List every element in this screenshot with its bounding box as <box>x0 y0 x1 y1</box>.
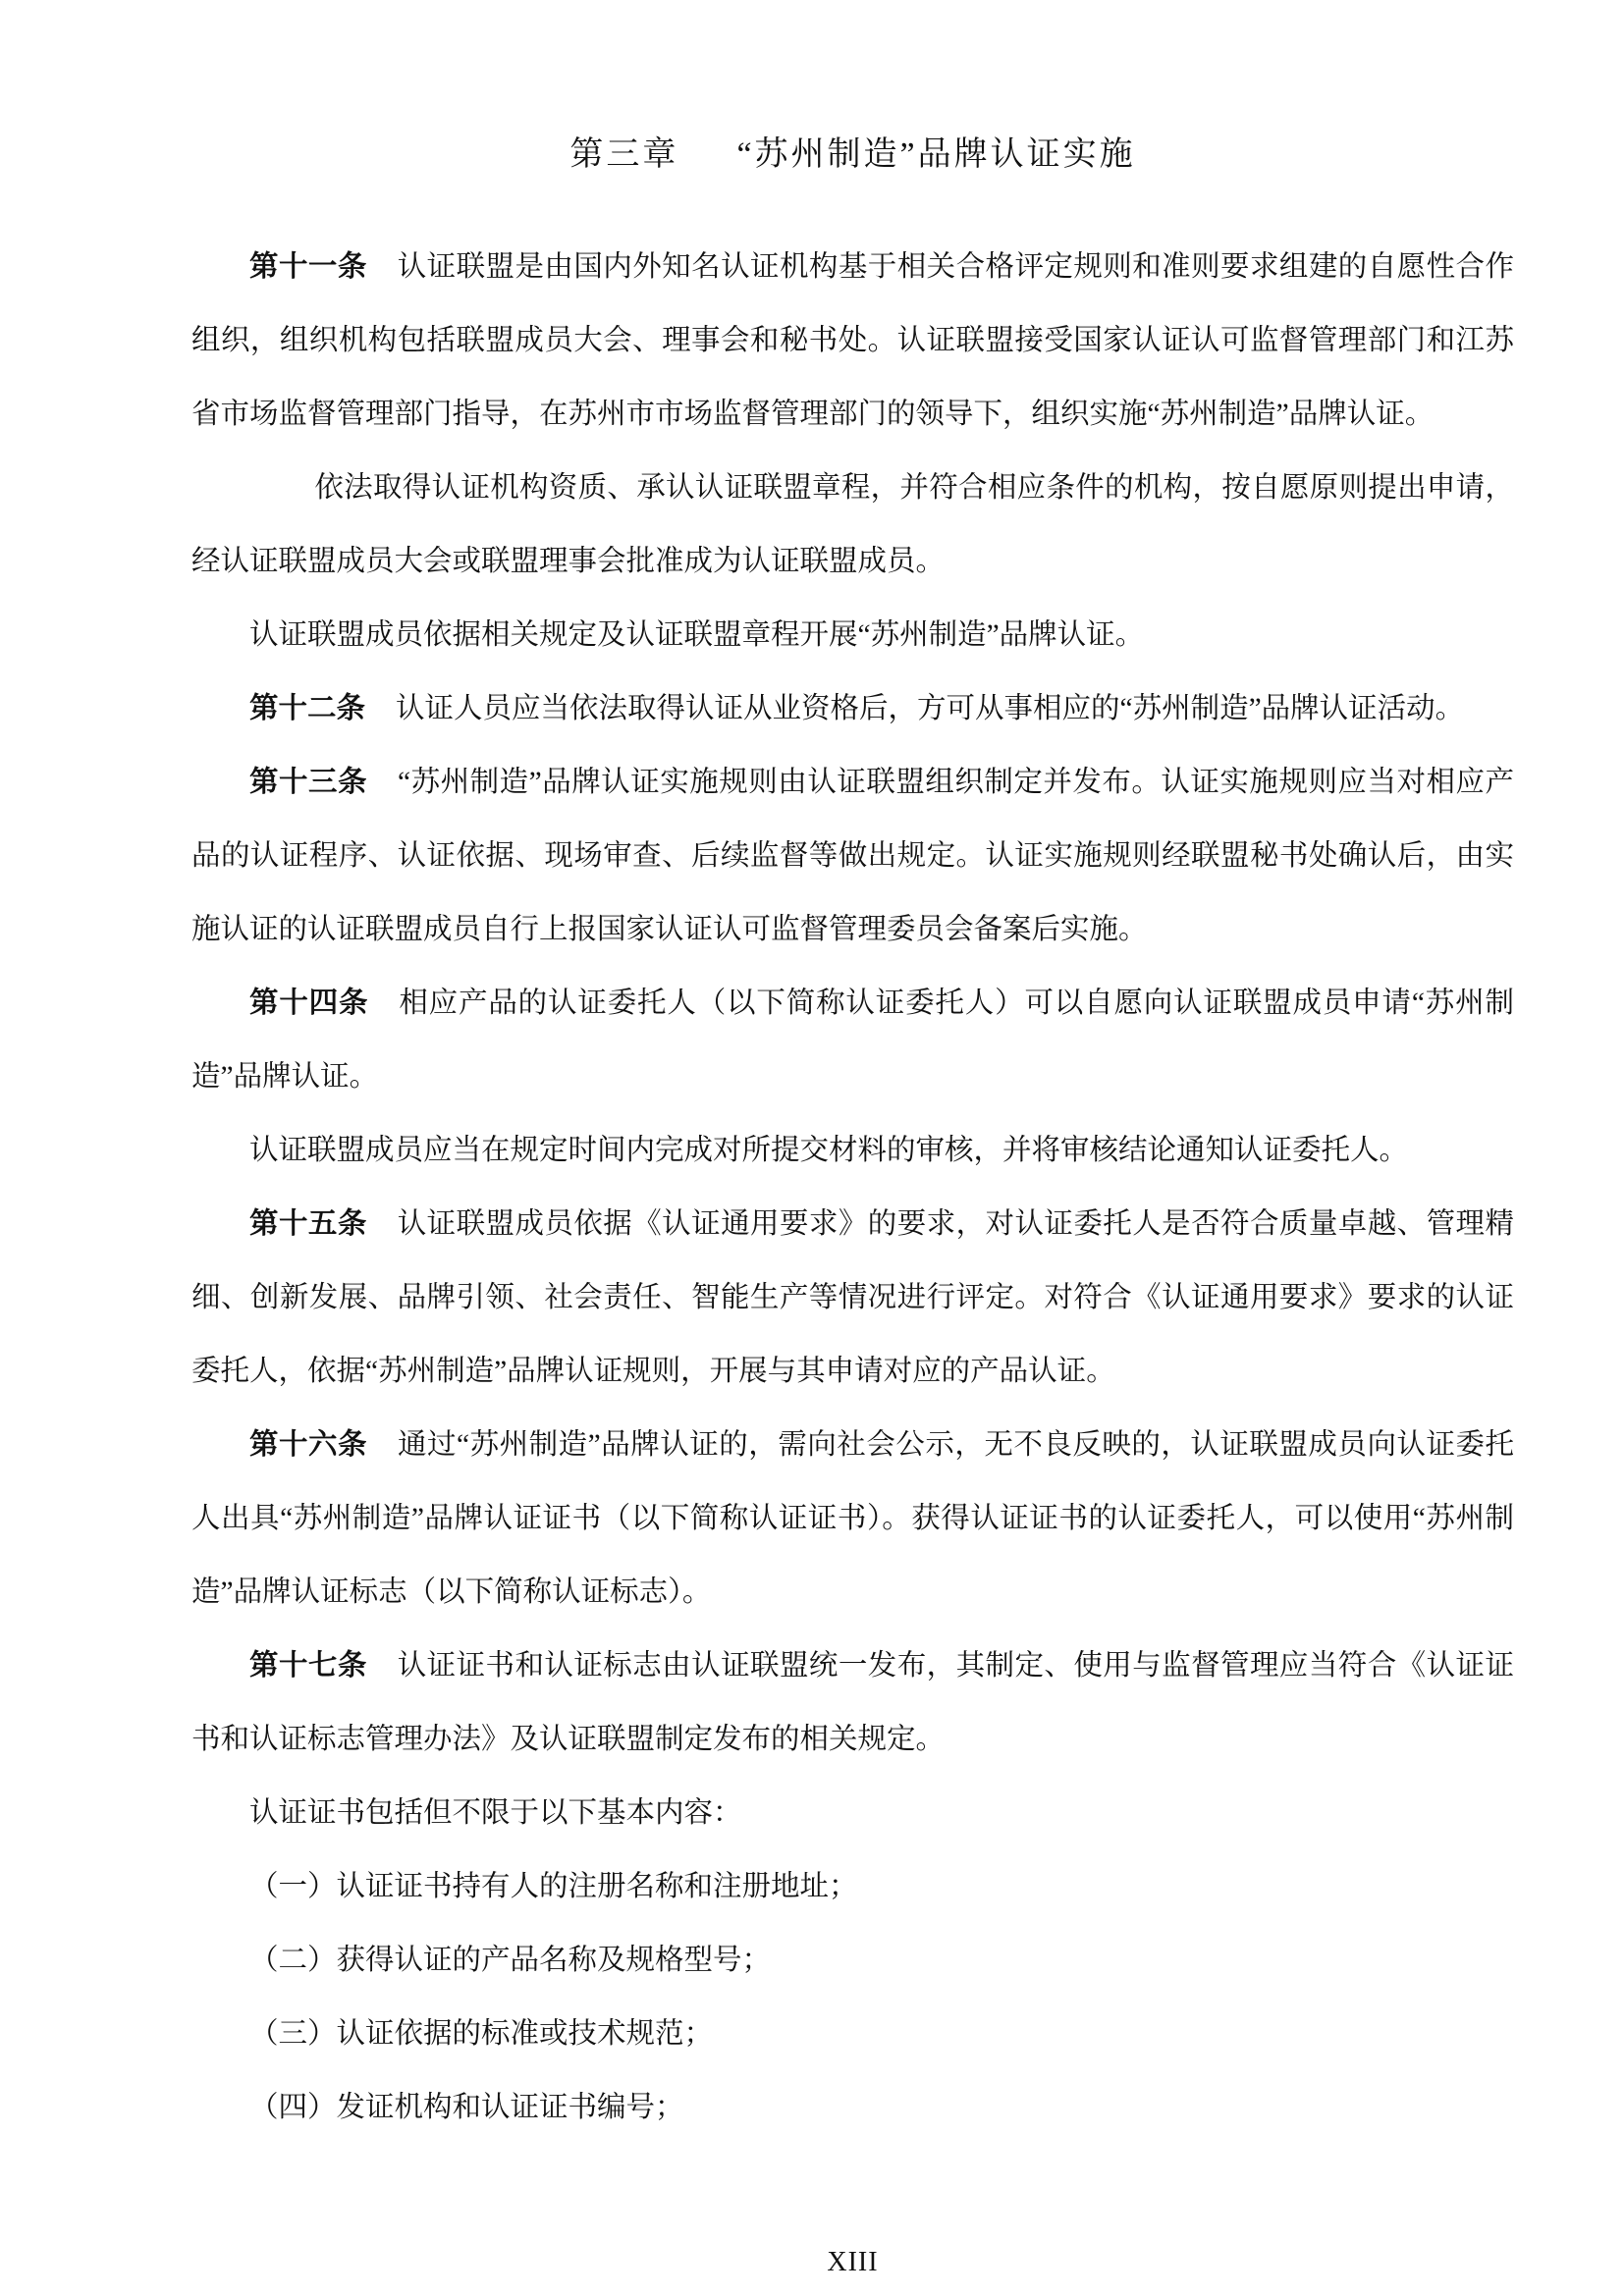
body-paragraph: （三）认证依据的标准或技术规范； <box>191 1998 1514 2071</box>
article-number: 第十七条 <box>249 1650 367 1682</box>
paragraph-text: 认证联盟是由国内外知名认证机构基于相关合格评定规则和准则要求组建的自愿性合作组织… <box>191 251 1514 430</box>
page-content: 第三章 “苏州制造”品牌认证实施 第十一条认证联盟是由国内外知名认证机构基于相关… <box>191 118 1514 2145</box>
paragraph-text: （三）认证依据的标准或技术规范； <box>249 2018 713 2050</box>
paragraph-text: “苏州制造”品牌认证实施规则由认证联盟组织制定并发布。认证实施规则应当对相应产品… <box>191 767 1514 945</box>
paragraph-text: 相应产品的认证委托人（以下简称认证委托人）可以自愿向认证联盟成员申请“苏州制造”… <box>191 988 1514 1093</box>
body-paragraph: 认证证书包括但不限于以下基本内容： <box>191 1777 1514 1850</box>
body-paragraph: 依法取得认证机构资质、承认认证联盟章程，并符合相应条件的机构，按自愿原则提出申请… <box>191 452 1514 599</box>
article-paragraph: 第十三条“苏州制造”品牌认证实施规则由认证联盟组织制定并发布。认证实施规则应当对… <box>191 746 1514 967</box>
body-paragraph: （四）发证机构和认证证书编号； <box>191 2071 1514 2145</box>
paragraph-text: 认证联盟成员应当在规定时间内完成对所提交材料的审核，并将审核结论通知认证委托人。 <box>249 1135 1408 1166</box>
article-paragraph: 第十一条认证联盟是由国内外知名认证机构基于相关合格评定规则和准则要求组建的自愿性… <box>191 231 1514 452</box>
article-paragraph: 第十四条相应产品的认证委托人（以下简称认证委托人）可以自愿向认证联盟成员申请“苏… <box>191 967 1514 1114</box>
paragraph-text: 认证证书和认证标志由认证联盟统一发布，其制定、使用与监督管理应当符合《认证证书和… <box>191 1650 1514 1755</box>
paragraph-text: 认证证书包括但不限于以下基本内容： <box>249 1797 742 1829</box>
paragraph-text: 依法取得认证机构资质、承认认证联盟章程，并符合相应条件的机构，按自愿原则提出申请… <box>191 472 1514 577</box>
body-paragraph: （二）获得认证的产品名称及规格型号； <box>191 1924 1514 1998</box>
article-number: 第十一条 <box>249 251 367 283</box>
paragraph-text: （四）发证机构和认证证书编号； <box>249 2092 684 2123</box>
paragraph-text: 通过“苏州制造”品牌认证的，需向社会公示，无不良反映的，认证联盟成员向认证委托人… <box>191 1429 1514 1608</box>
chapter-title: “苏州制造”品牌认证实施 <box>736 136 1135 173</box>
body-paragraph: （一）认证证书持有人的注册名称和注册地址； <box>191 1850 1514 1924</box>
chapter-number: 第三章 <box>569 136 678 173</box>
article-paragraph: 第十六条通过“苏州制造”品牌认证的，需向社会公示，无不良反映的，认证联盟成员向认… <box>191 1409 1514 1629</box>
paragraph-text: （二）获得认证的产品名称及规格型号； <box>249 1945 771 1976</box>
chapter-heading: 第三章 “苏州制造”品牌认证实施 <box>191 118 1514 191</box>
body-paragraph: 认证联盟成员应当在规定时间内完成对所提交材料的审核，并将审核结论通知认证委托人。 <box>191 1114 1514 1188</box>
article-paragraph: 第十二条认证人员应当依法取得认证从业资格后，方可从事相应的“苏州制造”品牌认证活… <box>191 672 1514 746</box>
body-paragraph: 认证联盟成员依据相关规定及认证联盟章程开展“苏州制造”品牌认证。 <box>191 599 1514 672</box>
article-paragraph: 第十五条认证联盟成员依据《认证通用要求》的要求，对认证委托人是否符合质量卓越、管… <box>191 1188 1514 1409</box>
paragraph-text: 认证联盟成员依据《认证通用要求》的要求，对认证委托人是否符合质量卓越、管理精细、… <box>191 1208 1514 1387</box>
paragraph-text: 认证人员应当依法取得认证从业资格后，方可从事相应的“苏州制造”品牌认证活动。 <box>396 693 1464 724</box>
document-page: 第三章 “苏州制造”品牌认证实施 第十一条认证联盟是由国内外知名认证机构基于相关… <box>0 0 1624 2296</box>
article-number: 第十四条 <box>249 988 368 1019</box>
article-number: 第十二条 <box>249 693 365 724</box>
document-body: 第十一条认证联盟是由国内外知名认证机构基于相关合格评定规则和准则要求组建的自愿性… <box>191 231 1514 2145</box>
article-number: 第十五条 <box>249 1208 367 1240</box>
article-paragraph: 第十七条认证证书和认证标志由认证联盟统一发布，其制定、使用与监督管理应当符合《认… <box>191 1629 1514 1777</box>
paragraph-text: 认证联盟成员依据相关规定及认证联盟章程开展“苏州制造”品牌认证。 <box>249 619 1144 651</box>
paragraph-text: （一）认证证书持有人的注册名称和注册地址； <box>249 1871 858 1902</box>
article-number: 第十六条 <box>249 1429 367 1461</box>
article-number: 第十三条 <box>249 767 367 798</box>
page-number: XIII <box>191 2247 1514 2278</box>
